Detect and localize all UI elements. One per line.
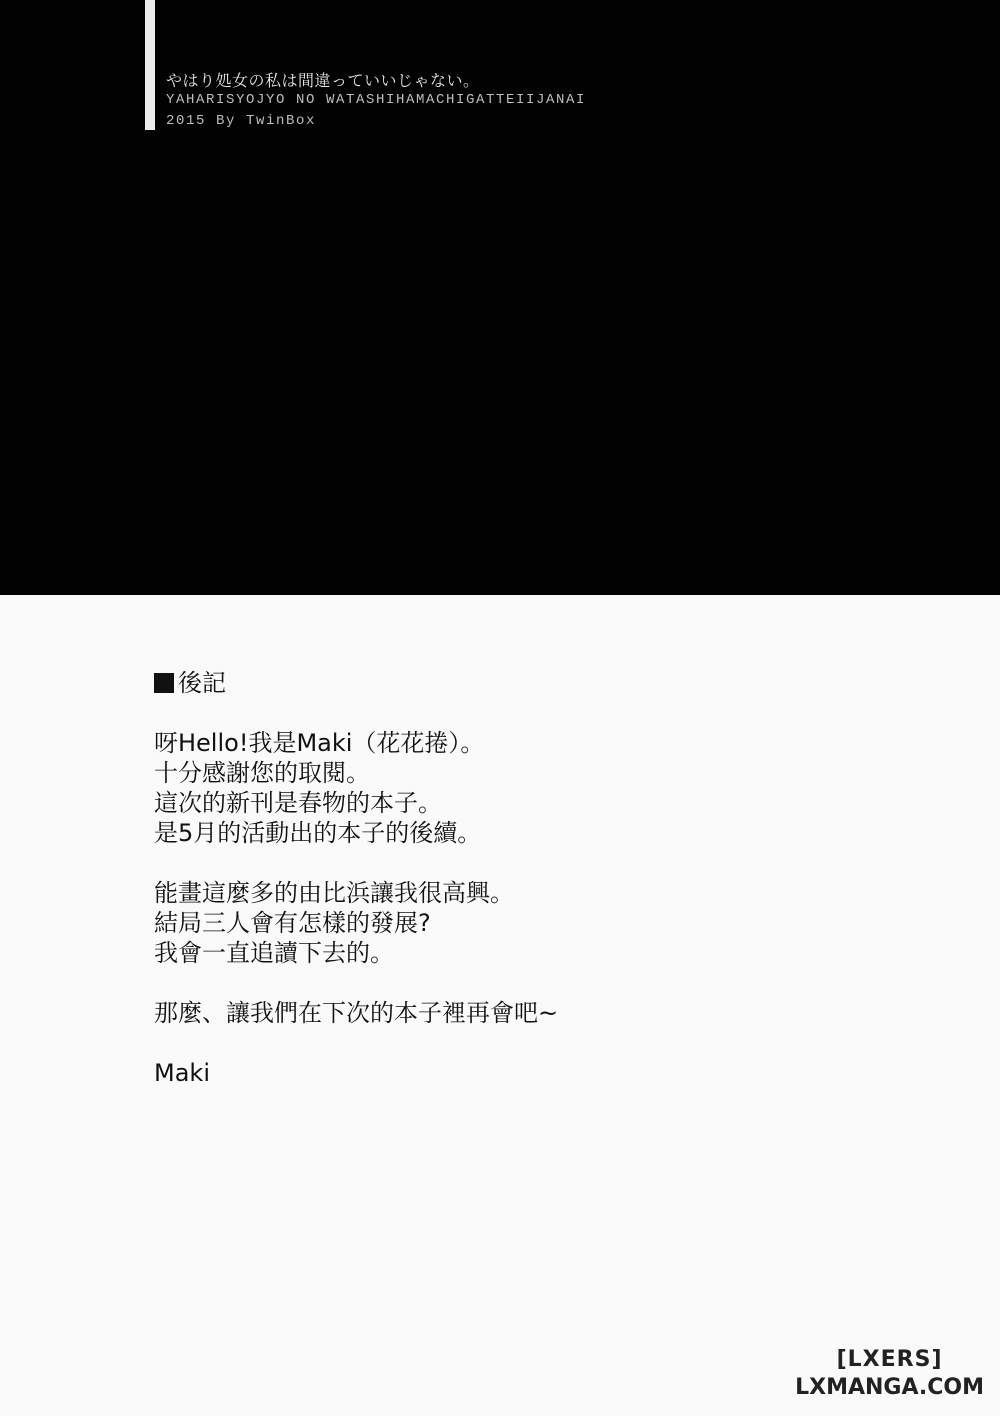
square-bullet-icon — [154, 673, 174, 693]
text-line: 結局三人會有怎樣的發展? — [154, 908, 558, 938]
watermark-group: [LXERS] — [795, 1346, 984, 1374]
text-line: 那麼、讓我們在下次的本子裡再會吧~ — [154, 998, 558, 1028]
decorative-bar — [145, 0, 155, 130]
text-line: 是5月的活動出的本子的後續。 — [154, 818, 558, 848]
cover-black-panel: やはり処女の私は間違っていいじゃない。 YAHARISYOJYO NO WATA… — [0, 0, 1000, 595]
text-line: 能畫這麼多的由比浜讓我很高興。 — [154, 878, 558, 908]
title-japanese: やはり処女の私は間違っていいじゃない。 — [166, 68, 480, 91]
text-line: 這次的新刊是春物的本子。 — [154, 788, 558, 818]
afterword-heading: 後記 — [154, 668, 558, 698]
watermark: [LXERS] LXMANGA.COM — [795, 1346, 984, 1402]
text-line: 十分感謝您的取閱。 — [154, 758, 558, 788]
paragraph-3: 那麼、讓我們在下次的本子裡再會吧~ — [154, 998, 558, 1028]
title-romaji: YAHARISYOJYO NO WATASHIHAMACHIGATTEIIJAN… — [166, 92, 586, 108]
afterword-heading-text: 後記 — [178, 668, 226, 698]
text-line: 我會一直追讀下去的。 — [154, 938, 558, 968]
watermark-site: LXMANGA.COM — [795, 1374, 984, 1402]
afterword-section: 後記 呀Hello!我是Maki（花花捲）。 十分感謝您的取閱。 這次的新刊是春… — [154, 668, 558, 1088]
text-line: 呀Hello!我是Maki（花花捲）。 — [154, 728, 558, 758]
signature: Maki — [154, 1058, 558, 1088]
paragraph-2: 能畫這麼多的由比浜讓我很高興。 結局三人會有怎樣的發展? 我會一直追讀下去的。 — [154, 878, 558, 968]
paragraph-1: 呀Hello!我是Maki（花花捲）。 十分感謝您的取閱。 這次的新刊是春物的本… — [154, 728, 558, 848]
title-credit: 2015 By TwinBox — [166, 113, 316, 129]
